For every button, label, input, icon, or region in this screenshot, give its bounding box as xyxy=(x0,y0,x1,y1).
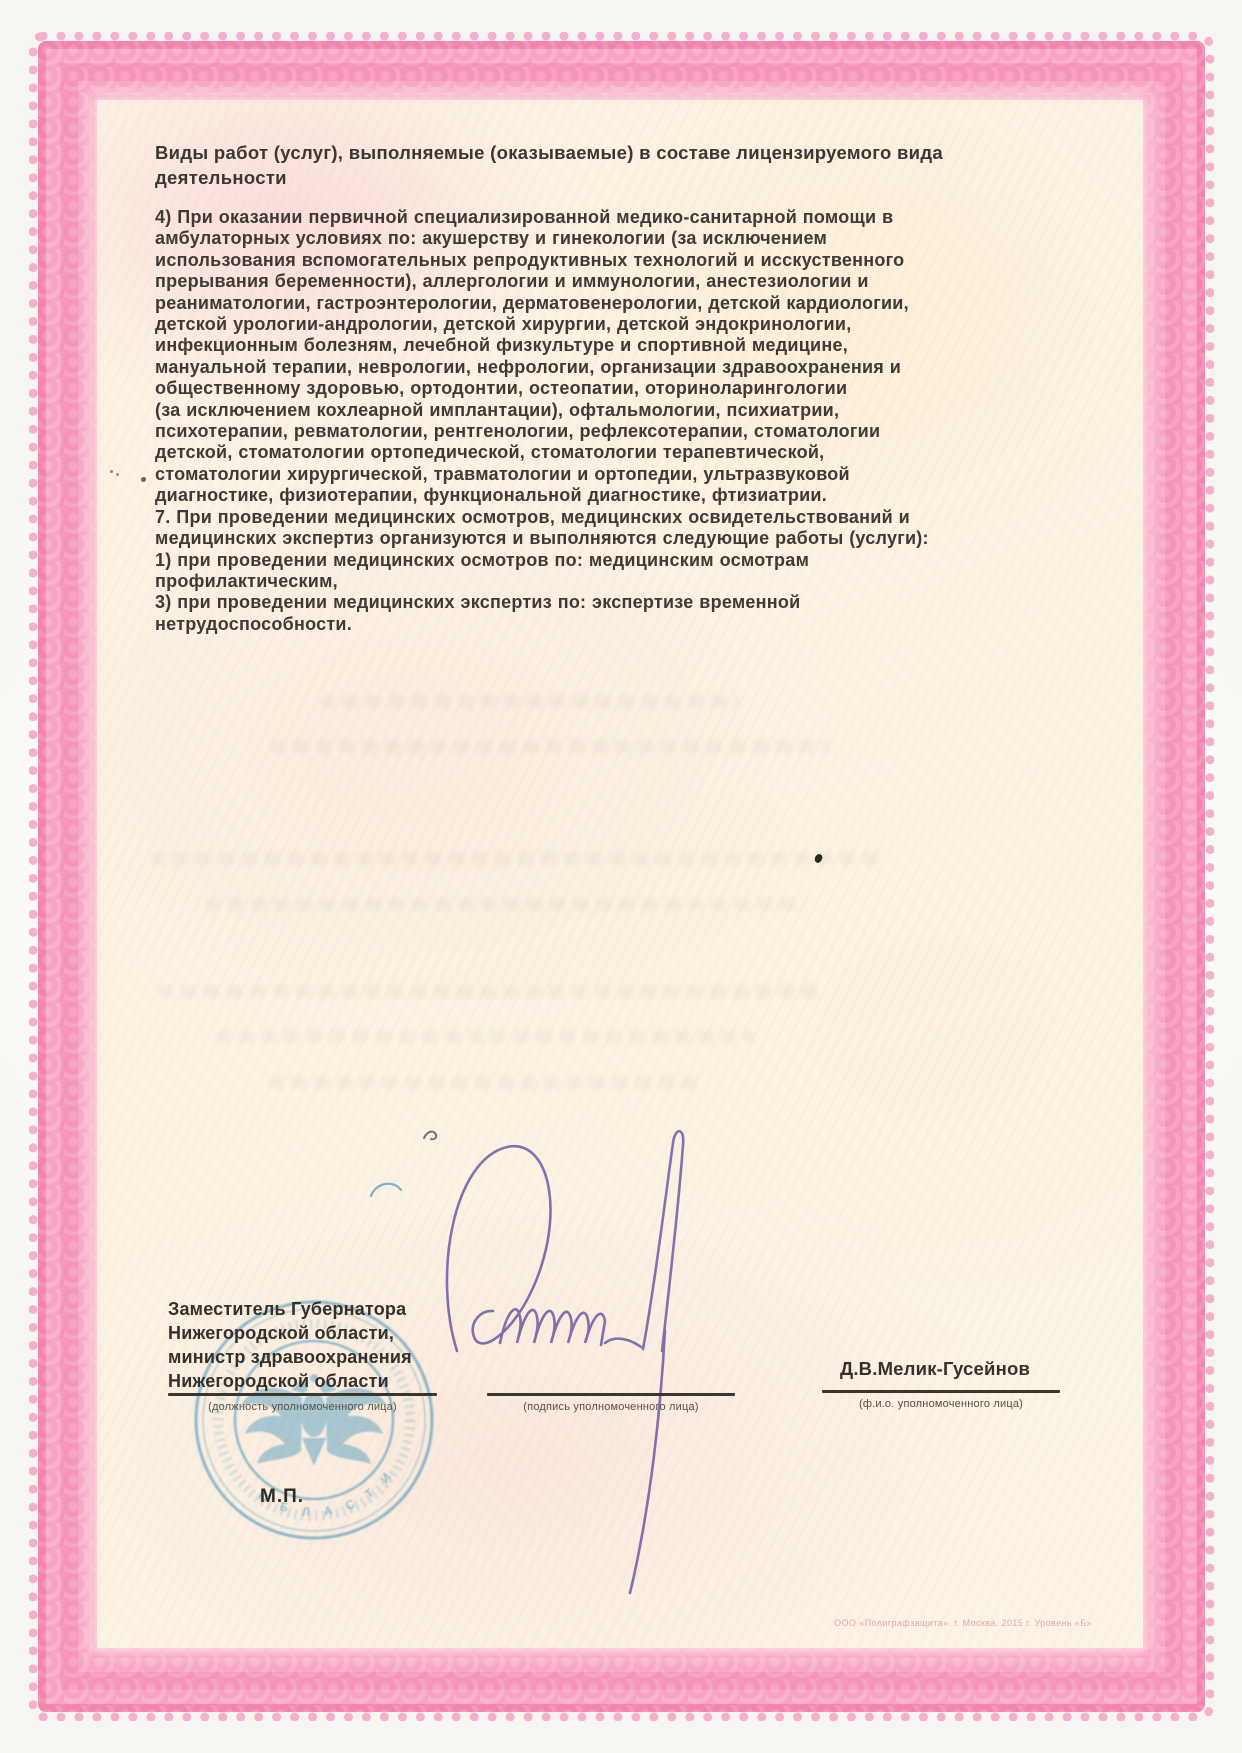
ghost-text-line xyxy=(205,898,805,911)
name-underline xyxy=(822,1390,1060,1393)
blue-ink-curl xyxy=(368,1178,404,1200)
signature-caption: (подпись уполномоченного лица) xyxy=(487,1401,735,1413)
position-caption: (должность уполномоченного лица) xyxy=(168,1401,437,1413)
official-name-text: Д.В.Мелик-Гусейнов xyxy=(800,1358,1070,1380)
page-title: Виды работ (услуг), выполняемые (оказыва… xyxy=(155,140,1045,190)
printer-imprint: ООО «Полиграфзащита». г. Москва. 2015 г.… xyxy=(672,1618,1092,1628)
position-underline xyxy=(168,1393,437,1396)
ghost-text-line xyxy=(320,695,740,708)
name-caption: (ф.и.о. уполномоченного лица) xyxy=(822,1398,1060,1410)
scanned-license-page: Виды работ (услуг), выполняемые (оказыва… xyxy=(0,0,1242,1753)
official-position-text: Заместитель Губернатора Нижегородской об… xyxy=(168,1297,448,1393)
ghost-text-line xyxy=(270,740,830,753)
ghost-text-line xyxy=(268,1076,698,1089)
ghost-text-line xyxy=(215,1030,755,1043)
margin-marks xyxy=(110,470,113,473)
ghost-text-line xyxy=(158,985,818,998)
seal-place-label: М.П. xyxy=(260,1486,304,1508)
ghost-text-line xyxy=(150,852,880,865)
handwritten-signature xyxy=(415,1105,745,1605)
license-activities-text: 4) При оказании первичной специализирова… xyxy=(155,207,1045,635)
signature-underline xyxy=(487,1393,735,1396)
